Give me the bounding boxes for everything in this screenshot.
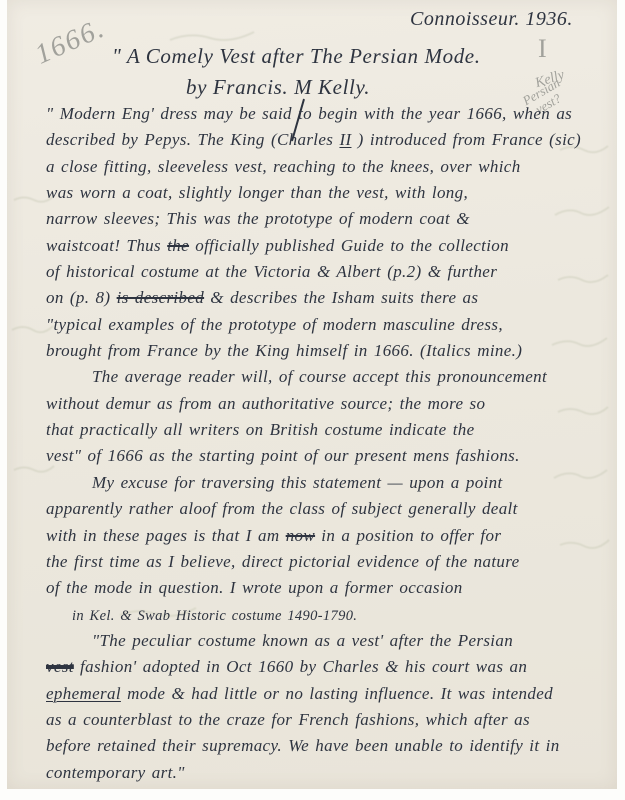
manuscript-line: with in these pages is that I am now in … (46, 526, 618, 552)
handwritten-text: narrow sleeves; This was the prototype o… (46, 209, 470, 228)
article-title: " A Comely Vest after The Persian Mode. (112, 44, 481, 69)
handwritten-text: My excuse for traversing this statement … (92, 473, 503, 492)
handwritten-text: that practically all writers on British … (46, 420, 475, 439)
manuscript-line: apparently rather aloof from the class o… (46, 499, 618, 525)
manuscript-line: in Kel. & Swab Historic costume 1490-179… (46, 605, 618, 631)
manuscript-line: described by Pepys. The King (Charles II… (46, 130, 618, 156)
handwritten-text: brought from France by the King himself … (46, 341, 522, 360)
manuscript-line: before retained their supremacy. We have… (46, 736, 618, 762)
manuscript-line: vest fashion' adopted in Oct 1660 by Cha… (46, 657, 618, 683)
handwritten-text: ) introduced from France (sic) (351, 130, 581, 149)
manuscript-line: The average reader will, of course accep… (46, 367, 618, 393)
manuscript-line: My excuse for traversing this statement … (46, 473, 618, 499)
handwritten-text: described by Pepys. The King (Charles (46, 130, 339, 149)
manuscript-line: waistcoat! Thus the officially published… (46, 236, 618, 262)
struck-text: vest (46, 657, 74, 676)
handwritten-text: waistcoat! Thus (46, 236, 167, 255)
handwritten-text: in a position to offer for (315, 526, 501, 545)
manuscript-line: that practically all writers on British … (46, 420, 618, 446)
handwritten-text: "typical examples of the prototype of mo… (46, 315, 503, 334)
handwritten-text: contemporary art." (46, 763, 185, 782)
manuscript-line: the first time as I believe, direct pict… (46, 552, 618, 578)
underlined-text: II (339, 130, 351, 149)
handwritten-text: was worn a coat, slightly longer than th… (46, 183, 468, 202)
manuscript-line: contemporary art." (46, 763, 618, 789)
manuscript-line: brought from France by the King himself … (46, 341, 618, 367)
handwritten-text: of historical costume at the Victoria & … (46, 262, 497, 281)
handwritten-text: as a counterblast to the craze for Frenc… (46, 710, 530, 729)
manuscript-line: as a counterblast to the craze for Frenc… (46, 710, 618, 736)
pencil-margin-note: I Kelly Persianvest? (524, 36, 614, 113)
handwritten-text: apparently rather aloof from the class o… (46, 499, 518, 518)
article-byline: by Francis. M Kelly. (186, 75, 370, 100)
manuscript-line: "typical examples of the prototype of mo… (46, 315, 618, 341)
handwritten-text: in Kel. & Swab Historic costume 1490-179… (72, 608, 357, 624)
handwritten-text: "The peculiar costume known as a vest' a… (92, 631, 513, 650)
handwritten-text: of the mode in question. I wrote upon a … (46, 578, 463, 597)
underlined-text: ephemeral (46, 684, 121, 703)
handwritten-text: before retained their supremacy. We have… (46, 736, 560, 755)
handwritten-text: & describes the Isham suits there as (204, 288, 478, 307)
handwritten-text: the first time as I believe, direct pict… (46, 552, 520, 571)
handwritten-text: fashion' adopted in Oct 1660 by Charles … (74, 657, 527, 676)
struck-text: the (167, 236, 189, 255)
manuscript-line: vest" of 1666 as the starting point of o… (46, 446, 618, 472)
handwritten-text: with in these pages is that I am (46, 526, 286, 545)
manuscript-line: on (p. 8) is described & describes the I… (46, 288, 618, 314)
manuscript-scan: Connoisseur. 1936. 1666. I Kelly Persian… (0, 0, 625, 800)
handwritten-text: on (p. 8) (46, 288, 117, 307)
handwritten-text: vest" of 1666 as the starting point of o… (46, 446, 520, 465)
manuscript-line: "The peculiar costume known as a vest' a… (46, 631, 618, 657)
journal-reference: Connoisseur. 1936. (410, 8, 573, 31)
struck-text: is described (117, 288, 204, 307)
manuscript-line: ephemeral mode & had little or no lastin… (46, 684, 618, 710)
struck-text: now (286, 526, 315, 545)
manuscript-line: narrow sleeves; This was the prototype o… (46, 209, 618, 235)
handwritten-text: The average reader will, of course accep… (92, 367, 547, 386)
handwritten-text: a close fitting, sleeveless vest, reachi… (46, 157, 521, 176)
manuscript-line: was worn a coat, slightly longer than th… (46, 183, 618, 209)
manuscript-line: " Modern Eng' dress may be said to begin… (46, 104, 618, 130)
manuscript-line: a close fitting, sleeveless vest, reachi… (46, 157, 618, 183)
manuscript-line: of historical costume at the Victoria & … (46, 262, 618, 288)
handwritten-text: mode & had little or no lasting influenc… (121, 684, 553, 703)
manuscript-line: without demur as from an authoritative s… (46, 394, 618, 420)
handwritten-text: without demur as from an authoritative s… (46, 394, 485, 413)
handwritten-text: " Modern Eng' dress may be said to begin… (46, 104, 572, 123)
handwritten-text: officially published Guide to the collec… (189, 236, 509, 255)
manuscript-line: of the mode in question. I wrote upon a … (46, 578, 618, 604)
manuscript-body: " Modern Eng' dress may be said to begin… (46, 104, 618, 789)
